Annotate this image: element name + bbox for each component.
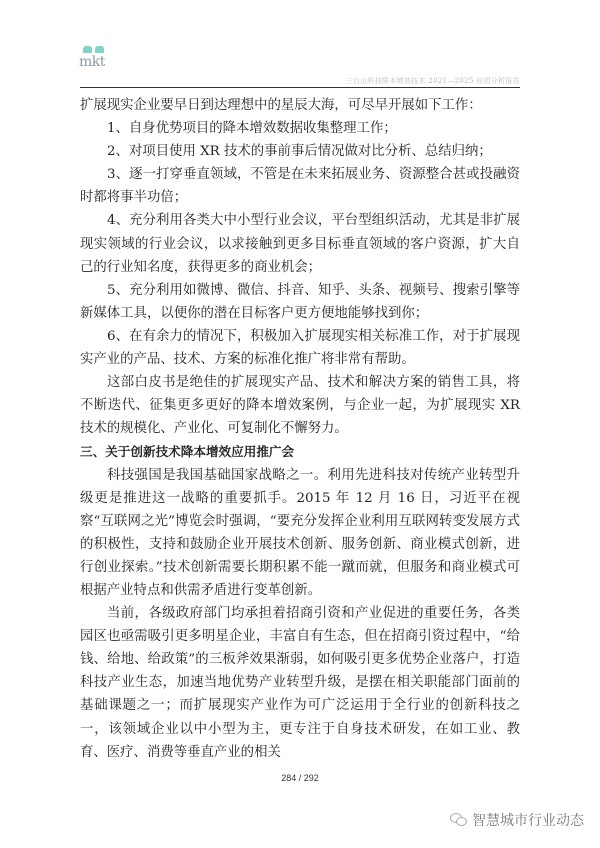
- list-item-1: 1、自身优势项目的降本增效数据收集整理工作；: [80, 117, 520, 140]
- list-item-4: 4、充分利用各类大中小型行业会议，平台型组织活动，尤其是非扩展现实领域的行业会议…: [80, 209, 520, 278]
- list-item-3: 3、逐一打穿垂直领域，不管是在未来拓展业务、资源整合甚或投融资时都将事半功倍；: [80, 163, 520, 209]
- running-head: 三台山科技降本增效技术 2021—2025 应用分析报告: [346, 76, 520, 86]
- paragraph: 科技强国是我国基础国家战略之一。利用先进科技对传统产业转型升级更是推进这一战略的…: [80, 464, 520, 603]
- logo-mark-icon: [83, 46, 105, 53]
- publisher-logo: mkt: [79, 46, 119, 70]
- paragraph: 当前，各级政府部门均承担着招商引资和产业促进的重要任务，各类园区也亟需吸引更多明…: [80, 602, 520, 764]
- document-body: 扩展现实企业要早日到达理想中的星辰大海，可尽早开展如下工作： 1、自身优势项目的…: [80, 94, 520, 764]
- section-heading: 三、关于创新技术降本增效应用推广会: [80, 440, 520, 463]
- watermark-text: 智慧城市行业动态: [472, 810, 584, 830]
- watermark: 智慧城市行业动态: [450, 810, 584, 830]
- paragraph: 这部白皮书是绝佳的扩展现实产品、技术和解决方案的销售工具，将不断迭代、征集更多更…: [80, 371, 520, 440]
- list-item-2: 2、对项目使用 XR 技术的事前事后情况做对比分析、总结归纳；: [80, 140, 520, 163]
- header-rule: [80, 87, 520, 88]
- paragraph: 扩展现实企业要早日到达理想中的星辰大海，可尽早开展如下工作：: [80, 94, 520, 117]
- list-item-5: 5、充分利用如微博、微信、抖音、知乎、头条、视频号、搜索引擎等新媒体工具，以便你…: [80, 279, 520, 325]
- list-item-6: 6、在有余力的情况下，积极加入扩展现实相关标准工作，对于扩展现实产业的产品、技术…: [80, 325, 520, 371]
- logo-text: mkt: [79, 54, 119, 70]
- page-number: 284 / 292: [0, 773, 600, 783]
- wechat-icon: [450, 813, 468, 827]
